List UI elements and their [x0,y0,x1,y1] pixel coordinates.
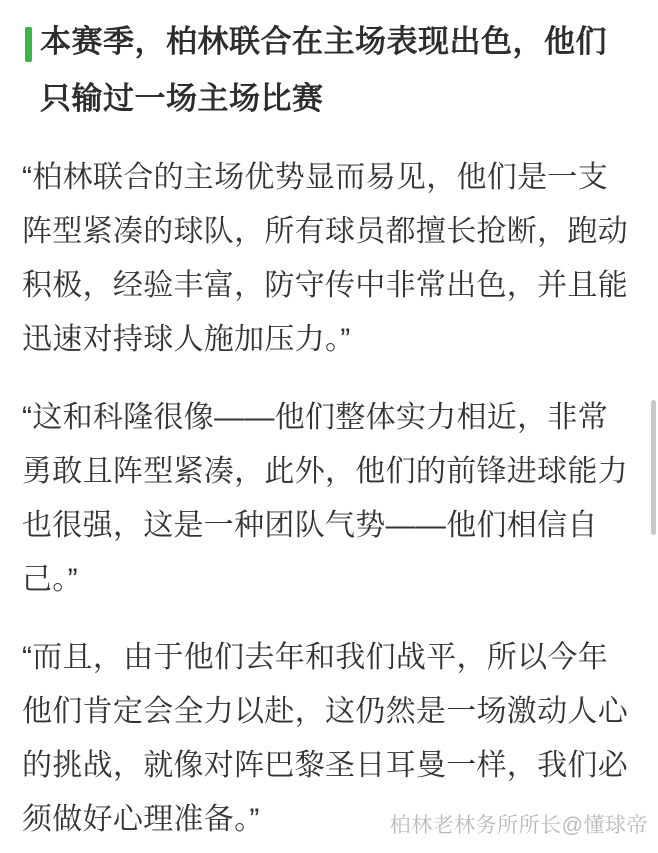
paragraph-line: “柏林联合的主场优势显而易见，他们是一支 [22,151,634,205]
article-title: 本赛季，柏林联合在主场表现出色，他们 只输过一场主场比赛 [25,13,630,127]
quote-paragraph-2: “这和科隆很像——他们整体实力相近，非常 勇敢且阵型紧凑，此外，他们的前锋进球能… [22,391,634,607]
scrollbar-thumb[interactable] [651,400,656,535]
paragraph-line: “这和科隆很像——他们整体实力相近，非常 [22,391,634,445]
title-line-1: 本赛季，柏林联合在主场表现出色，他们 [40,13,630,70]
paragraph-line: 勇敢且阵型紧凑，此外，他们的前锋进球能力 [22,445,634,499]
paragraph-line: 己。” [22,553,634,607]
paragraph-line: “而且，由于他们去年和我们战平，所以今年 [22,631,634,685]
paragraph-line: 迅速对持球人施加压力。” [22,313,634,367]
quote-paragraph-1: “柏林联合的主场优势显而易见，他们是一支 阵型紧凑的球队，所有球员都擅长抢断，跑… [22,151,634,367]
article-body: “柏林联合的主场优势显而易见，他们是一支 阵型紧凑的球队，所有球员都擅长抢断，跑… [22,151,634,847]
paragraph-line: 也很强，这是一种团队气势——他们相信自 [22,499,634,553]
paragraph-line: 他们肯定会全力以赴，这仍然是一场激动人心 [22,685,634,739]
paragraph-line: 阵型紧凑的球队，所有球员都擅长抢断，跑动 [22,205,634,259]
article-page: 本赛季，柏林联合在主场表现出色，他们 只输过一场主场比赛 “柏林联合的主场优势显… [0,0,658,853]
paragraph-line: 积极，经验丰富，防守传中非常出色，并且能 [22,259,634,313]
author-watermark: 柏林老林务所所长@懂球帝 [390,814,648,838]
title-line-2: 只输过一场主场比赛 [40,70,630,127]
paragraph-line: 的挑战，就像对阵巴黎圣日耳曼一样，我们必 [22,739,634,793]
title-accent-bar [25,27,32,62]
